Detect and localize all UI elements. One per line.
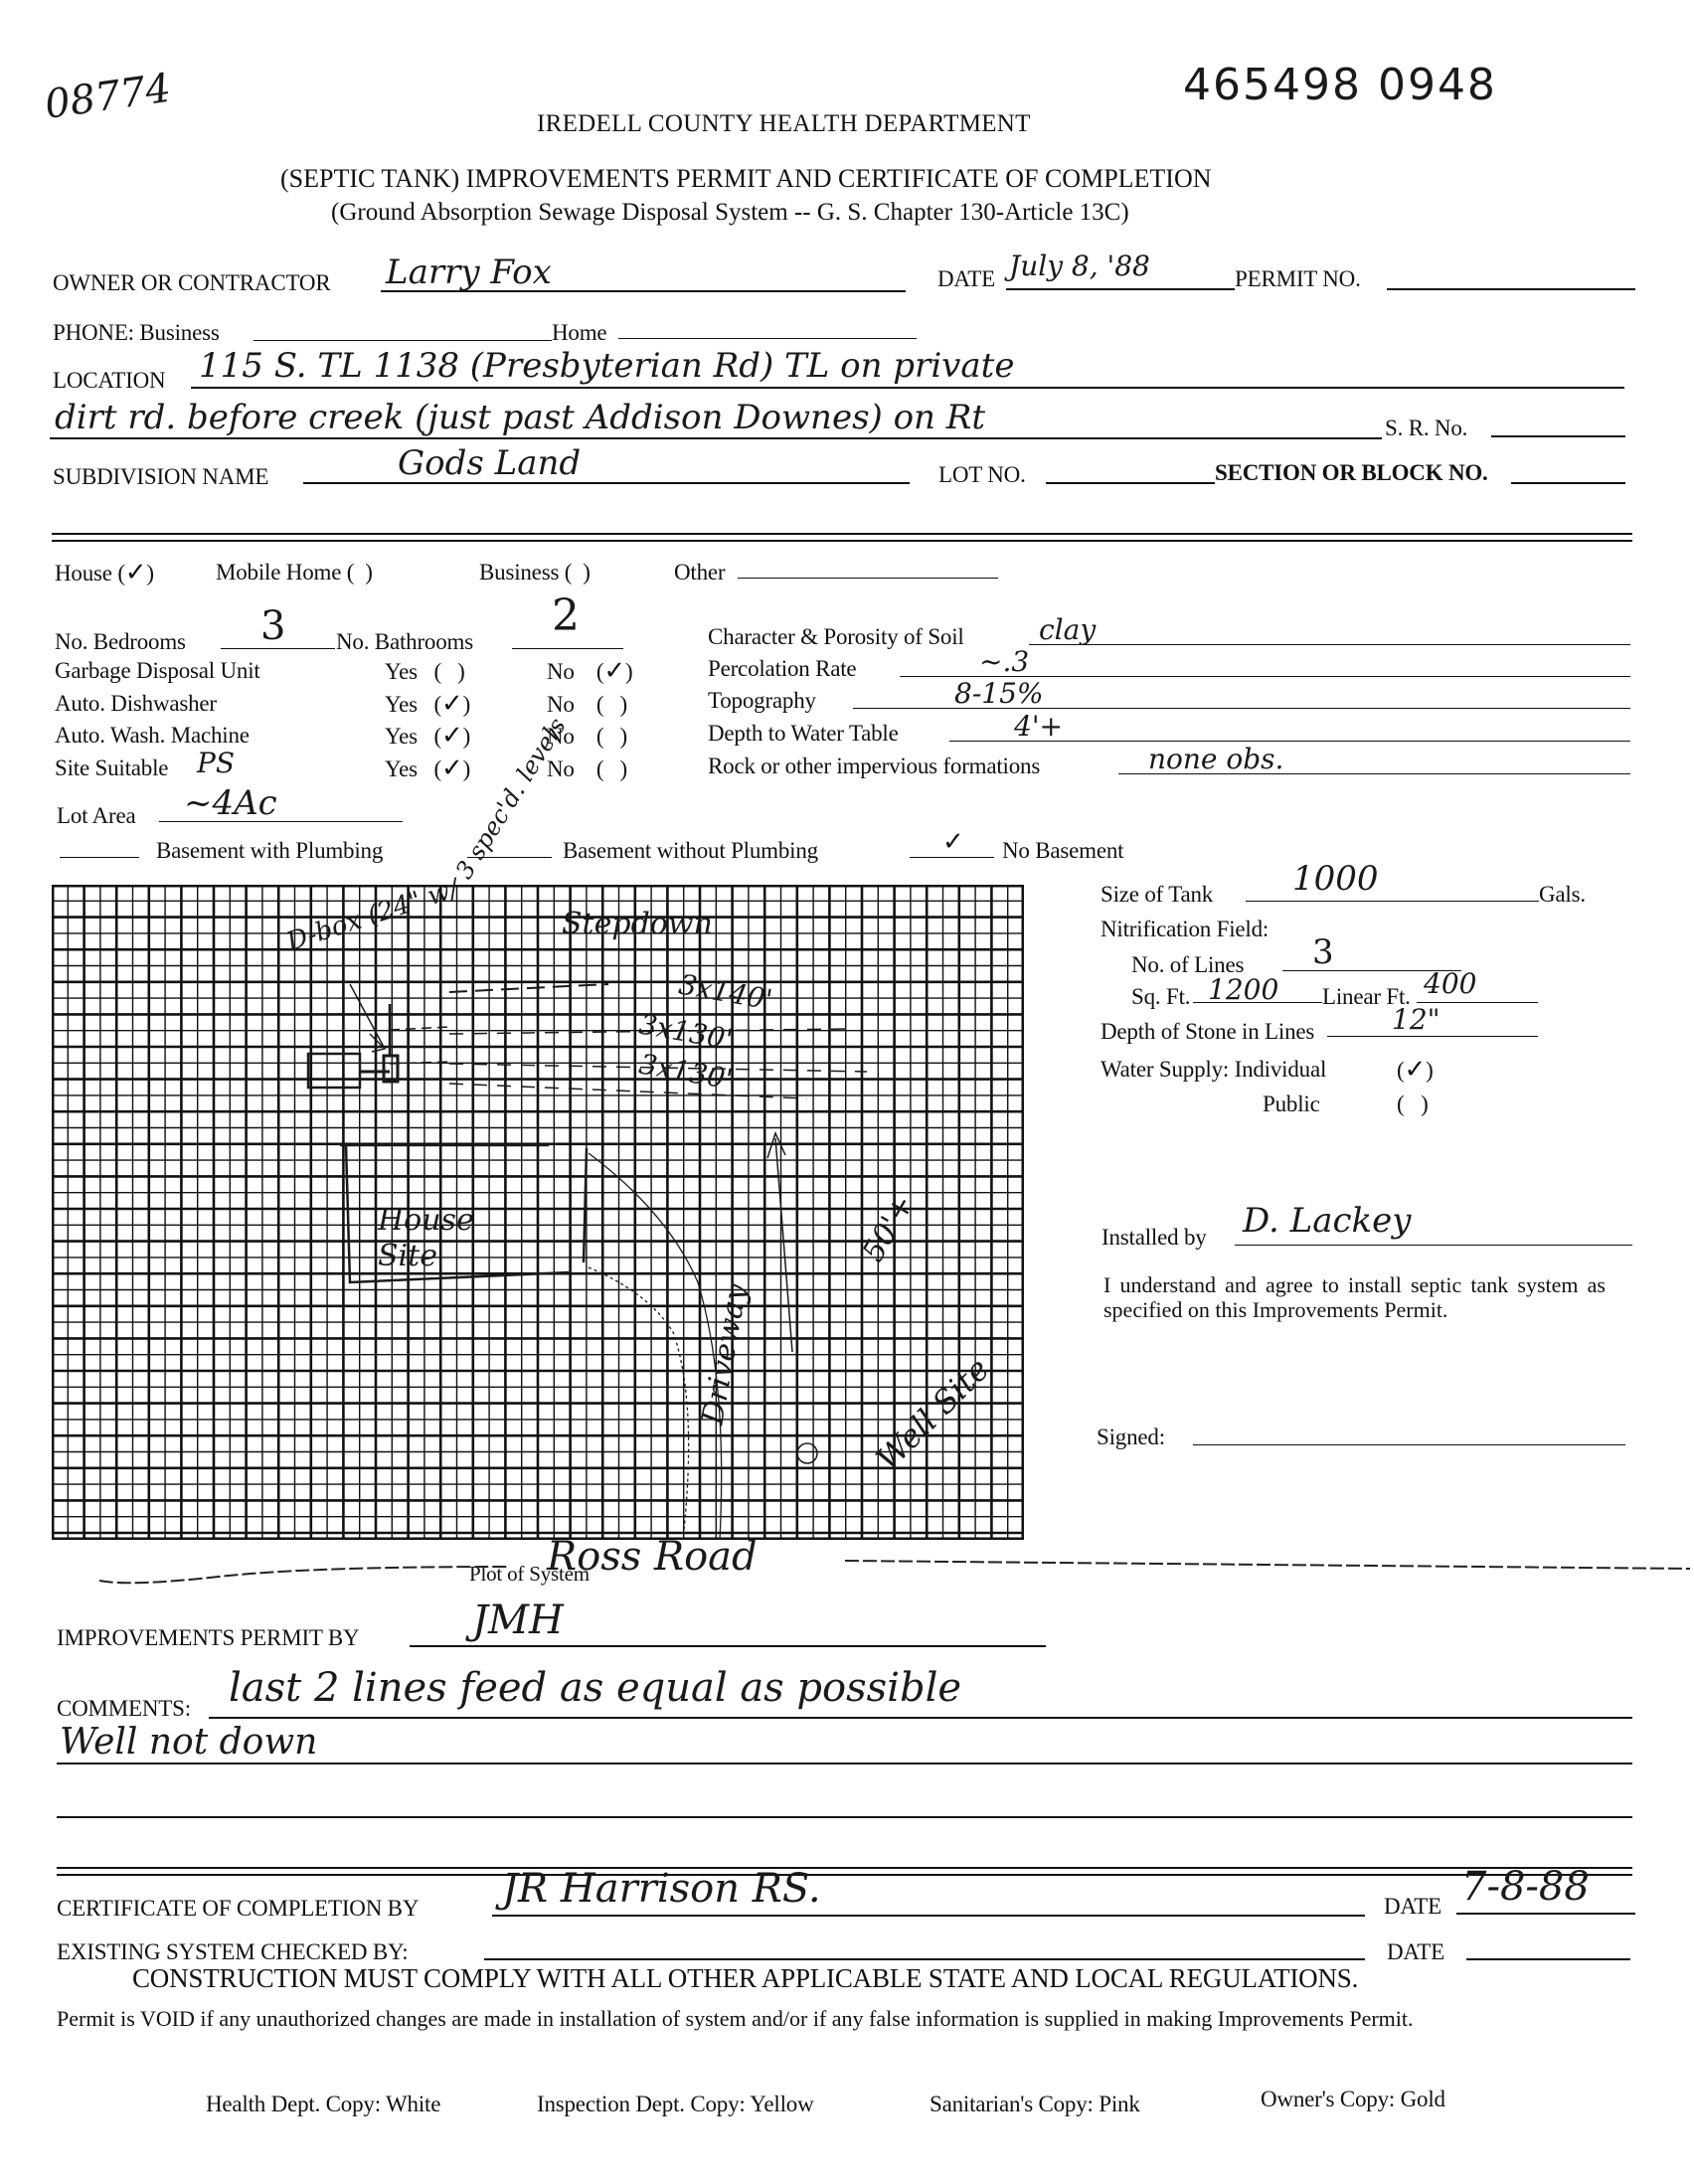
no-check: [603, 754, 619, 783]
soil-label: Percolation Rate: [708, 656, 856, 682]
sketch-note-stepdown: Stepdown: [562, 907, 713, 942]
bathrooms-label: No. Bathrooms: [336, 629, 473, 655]
tank-size-field[interactable]: 1000: [1292, 861, 1379, 897]
appliance-no-option[interactable]: No ( ): [547, 756, 627, 782]
house-label: House: [55, 561, 112, 586]
sketch-note-house: House Site: [378, 1203, 507, 1274]
appliance-yes-option[interactable]: Yes (✓): [385, 756, 470, 782]
other-label: Other: [674, 560, 725, 586]
phone-business-field[interactable]: [256, 316, 550, 338]
owner-field[interactable]: Larry Fox: [386, 254, 552, 290]
yes-label: Yes: [385, 692, 418, 717]
no-basement-check[interactable]: ✓: [942, 827, 964, 857]
file-number-annotation: 08774: [43, 71, 173, 123]
yes-check: [441, 656, 457, 686]
owner-label: OWNER OR CONTRACTOR: [53, 270, 330, 296]
location-label: LOCATION: [53, 368, 165, 394]
form-title: (SEPTIC TANK) IMPROVEMENTS PERMIT AND CE…: [280, 164, 1212, 194]
soil-label: Rock or other impervious formations: [708, 754, 1040, 779]
no-label: No: [547, 659, 575, 684]
installer-agreement: I understand and agree to install septic…: [1103, 1272, 1606, 1322]
lot-area-label: Lot Area: [57, 803, 136, 829]
lot-area-field[interactable]: ~4Ac: [184, 785, 277, 821]
certificate-date-field[interactable]: 7-8-88: [1461, 1869, 1590, 1905]
form-subtitle: (Ground Absorption Sewage Disposal Syste…: [331, 199, 1129, 227]
appliance-label: Site Suitable: [55, 756, 168, 781]
mobile-home-option[interactable]: Mobile Home ( ): [216, 560, 373, 586]
water-individual-option[interactable]: (✓): [1397, 1057, 1434, 1084]
bedrooms-field[interactable]: 3: [260, 608, 285, 644]
yes-check: ✓: [441, 689, 463, 719]
yes-check: ✓: [441, 754, 463, 783]
permit-by-label: IMPROVEMENTS PERMIT BY: [57, 1625, 359, 1651]
yes-label: Yes: [385, 659, 418, 684]
bathrooms-field[interactable]: 2: [552, 598, 580, 634]
lot-no-label: LOT NO.: [938, 462, 1026, 488]
house-check: ✓: [125, 558, 147, 588]
yes-label: Yes: [385, 756, 418, 781]
appliance-label: Auto. Dishwasher: [55, 691, 217, 717]
copy-owner: Owner's Copy: Gold: [1261, 2087, 1445, 2112]
soil-value[interactable]: 8-15%: [954, 676, 1044, 712]
appliance-no-option[interactable]: No (✓): [547, 658, 632, 685]
copy-sanitarian: Sanitarian's Copy: Pink: [930, 2092, 1140, 2117]
subdivision-label: SUBDIVISION NAME: [53, 464, 268, 490]
linear-ft-field[interactable]: 400: [1424, 966, 1476, 1002]
certificate-label: CERTIFICATE OF COMPLETION BY: [57, 1896, 419, 1922]
department-name: IREDELL COUNTY HEALTH DEPARTMENT: [537, 111, 1031, 137]
sqft-field[interactable]: 1200: [1208, 972, 1278, 1008]
water-public-option[interactable]: ( ): [1397, 1092, 1429, 1117]
appliance-yes-option[interactable]: Yes (✓): [385, 723, 470, 750]
basement-with-plumbing-label: Basement with Plumbing: [156, 838, 383, 864]
soil-label: Topography: [708, 688, 816, 714]
water-supply-title: Water Supply:: [1101, 1057, 1229, 1082]
section-block-label: SECTION OR BLOCK NO.: [1215, 460, 1488, 486]
lines-field[interactable]: 3: [1312, 934, 1334, 970]
installed-by-field[interactable]: D. Lackey: [1243, 1203, 1412, 1239]
phone-home-field[interactable]: [621, 314, 915, 336]
certificate-date-label: DATE: [1384, 1894, 1441, 1920]
subdivision-field[interactable]: Gods Land: [398, 445, 581, 481]
location-line-1[interactable]: 115 S. TL 1138 (Presbyterian Rd) TL on p…: [199, 348, 1014, 384]
existing-system-label: EXISTING SYSTEM CHECKED BY:: [57, 1939, 408, 1965]
business-option[interactable]: Business ( ): [479, 560, 591, 586]
bedrooms-label: No. Bedrooms: [55, 629, 186, 655]
tank-size-label: Size of Tank: [1101, 882, 1213, 908]
soil-label: Character & Porosity of Soil: [708, 624, 964, 650]
water-supply-label: Water Supply: Individual: [1101, 1057, 1326, 1083]
signed-label: Signed:: [1097, 1425, 1165, 1450]
yes-check: ✓: [441, 721, 463, 751]
appliance-yes-option[interactable]: Yes (✓): [385, 691, 470, 718]
yes-label: Yes: [385, 724, 418, 749]
existing-date-label: DATE: [1387, 1939, 1444, 1965]
no-label: No: [547, 692, 575, 717]
business-label: Business: [479, 560, 559, 585]
basement-without-plumbing-label: Basement without Plumbing: [563, 838, 818, 864]
water-individual-label: Individual: [1235, 1057, 1327, 1082]
no-check: [603, 689, 619, 719]
signed-field[interactable]: [1196, 1420, 1623, 1443]
copy-inspection-dept: Inspection Dept. Copy: Yellow: [537, 2092, 814, 2117]
existing-date-field[interactable]: [1469, 1934, 1628, 1956]
certificate-field[interactable]: JR Harrison RS.: [502, 1871, 821, 1907]
installed-by-label: Installed by: [1101, 1225, 1207, 1251]
copy-health-dept: Health Dept. Copy: White: [206, 2092, 440, 2117]
phone-business-label: PHONE: Business: [53, 320, 220, 346]
water-individual-check: ✓: [1404, 1055, 1426, 1085]
permit-no-field[interactable]: [1392, 264, 1630, 286]
soil-value[interactable]: clay: [1039, 612, 1096, 648]
site-suitable-note: PS: [197, 746, 235, 781]
water-public-label: Public: [1263, 1092, 1320, 1117]
soil-label: Depth to Water Table: [708, 721, 899, 747]
no-check: [603, 721, 619, 751]
appliance-yes-option[interactable]: Yes ( ): [385, 658, 465, 685]
no-basement-label: No Basement: [1002, 838, 1123, 864]
void-notice: Permit is VOID if any unauthorized chang…: [57, 2006, 1498, 2031]
date-field[interactable]: July 8, '88: [1009, 249, 1150, 284]
stone-depth-field[interactable]: 12": [1392, 1002, 1440, 1038]
location-line-2[interactable]: dirt rd. before creek (just past Addison…: [55, 400, 985, 435]
parcel-number-annotation: 465498 0948: [1183, 68, 1497, 103]
date-label: DATE: [937, 266, 995, 292]
appliance-label: Garbage Disposal Unit: [55, 658, 260, 684]
permit-no-label: PERMIT NO.: [1235, 266, 1361, 292]
sqft-label: Sq. Ft.: [1131, 984, 1190, 1010]
sr-no-label: S. R. No.: [1385, 416, 1467, 441]
comments-line-2[interactable]: Well not down: [60, 1725, 317, 1761]
house-option[interactable]: House (✓): [55, 560, 154, 587]
existing-system-field[interactable]: [487, 1934, 1362, 1956]
appliance-no-option[interactable]: No ( ): [547, 691, 627, 718]
road-line: [89, 1551, 1694, 1591]
soil-value[interactable]: 4'+: [1014, 709, 1063, 745]
stone-depth-label: Depth of Stone in Lines: [1101, 1019, 1314, 1045]
gals-label: Gals.: [1539, 882, 1586, 908]
nitrification-label: Nitrification Field:: [1101, 917, 1269, 942]
phone-home-label: Home: [552, 320, 606, 346]
mobile-home-label: Mobile Home: [216, 560, 341, 585]
comments-label: COMMENTS:: [57, 1696, 191, 1722]
permit-by-field[interactable]: JMH: [472, 1602, 564, 1638]
compliance-notice: CONSTRUCTION MUST COMPLY WITH ALL OTHER …: [132, 1963, 1358, 1994]
soil-value[interactable]: none obs.: [1148, 742, 1283, 777]
soil-value[interactable]: ~.3: [979, 644, 1029, 680]
no-check: ✓: [603, 656, 625, 686]
comments-line-1[interactable]: last 2 lines feed as equal as possible: [229, 1670, 961, 1706]
